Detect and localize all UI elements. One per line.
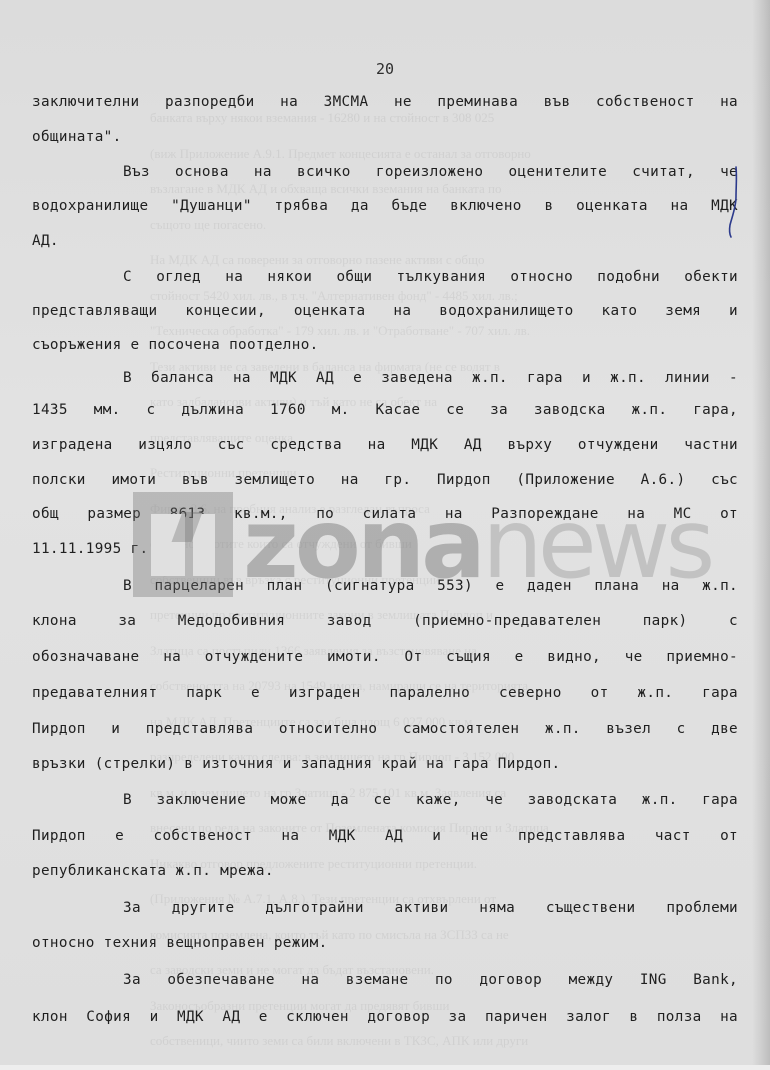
- bleed-through-line: същото ще погасено.: [150, 217, 740, 233]
- document-line: полски имоти във землището на гр. Пирдоп…: [32, 471, 738, 488]
- document-line: клона за Медодобивния завод (приемно-пре…: [32, 612, 738, 629]
- bleed-through-line: банката върху някои вземания - 16280 и н…: [150, 110, 740, 126]
- bleed-through-line: стойност 5420 хил. лв., в т.ч. "Алтернат…: [150, 288, 740, 304]
- document-line: републиканската ж.п. мрежа.: [32, 862, 738, 879]
- bleed-through-line: (виж Приложение А.9.1. Предмет концесият…: [150, 146, 740, 162]
- document-line: Пирдоп е собственост на МДК АД и не пред…: [32, 827, 738, 844]
- document-line: В заключение може да се каже, че заводск…: [123, 791, 738, 808]
- pen-margin-mark-icon: [727, 165, 741, 240]
- document-line: водохранилище "Душанци" трябва да бъде в…: [32, 197, 738, 214]
- document-line: връзки (стрелки) в източния и западния к…: [32, 755, 738, 772]
- document-line: Пирдоп и представлява относително самост…: [32, 720, 738, 737]
- document-line: В баланса на МДК АД е заведена ж.п. гара…: [123, 369, 738, 386]
- document-line: За другите дълготрайни активи няма същес…: [123, 899, 738, 916]
- document-line: Въз основа на всичко гореизложено оценит…: [123, 163, 738, 180]
- bleed-through-line: На МДК АД са поверени за отговорно пазен…: [150, 252, 740, 268]
- document-line: клон София и МДК АД е сключен договор за…: [32, 1008, 738, 1025]
- page-number: 20: [0, 60, 770, 78]
- document-line: За обезпечаване на вземане по договор ме…: [123, 971, 738, 988]
- document-line: съоръжения е посочена поотделно.: [32, 336, 738, 353]
- document-line: изградена изцяло със средства на МДК АД …: [32, 436, 738, 453]
- document-line: 11.11.1995 г.: [32, 540, 738, 557]
- document-line: относно техния вещноправен режим.: [32, 934, 738, 951]
- document-page: банката върху някои вземания - 16280 и н…: [0, 0, 770, 1070]
- bleed-through-line: възлагане в МДК АД и обхваща всички взем…: [150, 181, 740, 197]
- page-bottom-edge: [0, 1065, 770, 1070]
- document-line: общ размер 8613 кв.м., по силата на Разп…: [32, 505, 738, 522]
- document-line: общината".: [32, 128, 738, 145]
- document-line: 1435 мм. с дължина 1760 м. Касае се за з…: [32, 401, 738, 418]
- bleed-through-line: собственици, чиито земи са били включени…: [150, 1033, 740, 1049]
- document-line: обозначаване на отчуждените имоти. От съ…: [32, 648, 738, 665]
- document-line: С оглед на някои общи тълкувания относно…: [123, 268, 738, 285]
- document-line: АД.: [32, 232, 738, 249]
- document-line: В парцеларен план (сигнатура 553) е даде…: [123, 577, 738, 594]
- document-line: заключителни разпоредби на ЗМСМА не прем…: [32, 93, 738, 110]
- page-edge-shadow: [752, 0, 770, 1070]
- document-line: предавателният парк е изграден паралелно…: [32, 684, 738, 701]
- document-line: представляващи концесии, оценката на вод…: [32, 302, 738, 319]
